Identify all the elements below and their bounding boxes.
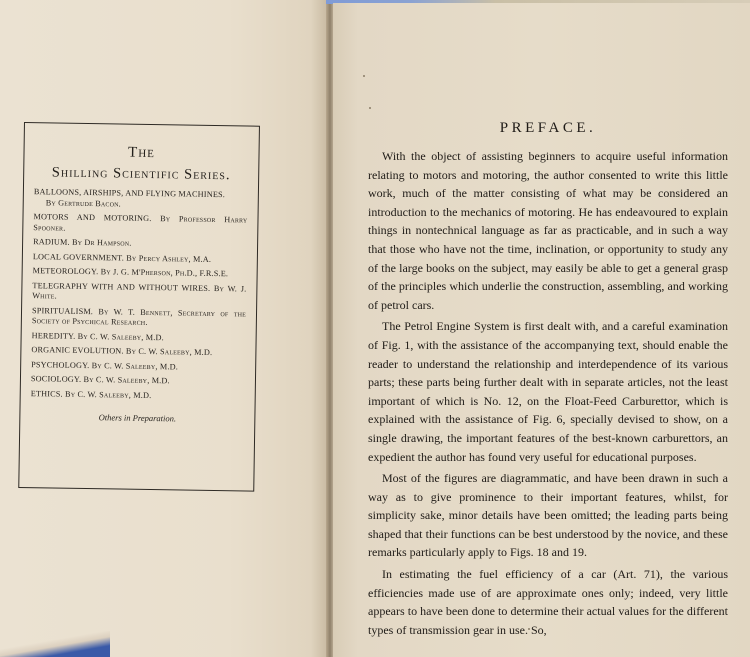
preface-title: PREFACE. bbox=[368, 120, 728, 137]
preface-paragraph: The Petrol Engine System is first dealt … bbox=[368, 317, 728, 466]
series-item: Balloons, Airships, and Flying Machines.… bbox=[34, 187, 248, 211]
series-item: Meteorology. By J. G. M'Pherson, Ph.D., … bbox=[33, 266, 247, 280]
preface-paragraph: In estimating the fuel efficiency of a c… bbox=[368, 565, 728, 639]
open-book-spread: The Shilling Scientific Series. Balloons… bbox=[0, 0, 750, 657]
series-list: Balloons, Airships, and Flying Machines.… bbox=[31, 187, 248, 402]
series-item: Heredity. By C. W. Saleeby, M.D. bbox=[32, 331, 246, 345]
series-item: Local Government. By Percy Ashley, M.A. bbox=[33, 252, 247, 266]
preface-section: PREFACE. With the object of assisting be… bbox=[368, 120, 728, 642]
paper-speck bbox=[369, 107, 371, 109]
series-heading-title: Shilling Scientific Series. bbox=[34, 164, 248, 184]
series-item: Radium. By Dr Hampson. bbox=[33, 237, 247, 251]
series-footer-note: Others in Preparation. bbox=[30, 411, 244, 424]
series-item: Spiritualism. By W. T. Bennett, Secretar… bbox=[32, 306, 246, 330]
left-page: The Shilling Scientific Series. Balloons… bbox=[0, 0, 327, 657]
paper-speck bbox=[363, 75, 365, 77]
series-heading-the: The bbox=[34, 143, 248, 163]
series-item: Sociology. By C. W. Saleeby, M.D. bbox=[31, 374, 245, 388]
series-item: Ethics. By C. W. Saleeby, M.D. bbox=[31, 389, 245, 403]
series-item: Psychology. By C. W. Saleeby, M.D. bbox=[31, 360, 245, 374]
preface-paragraph: With the object of assisting beginners t… bbox=[368, 147, 728, 314]
series-item: Motors and Motoring. By Professor Harry … bbox=[33, 212, 247, 236]
preface-paragraph: Most of the figures are diagrammatic, an… bbox=[368, 469, 728, 562]
series-advert-box: The Shilling Scientific Series. Balloons… bbox=[18, 122, 260, 492]
page-curl bbox=[0, 631, 110, 657]
series-item: Organic Evolution. By C. W. Saleeby, M.D… bbox=[31, 345, 245, 359]
series-item: Telegraphy with and without Wires. By W.… bbox=[32, 281, 246, 305]
